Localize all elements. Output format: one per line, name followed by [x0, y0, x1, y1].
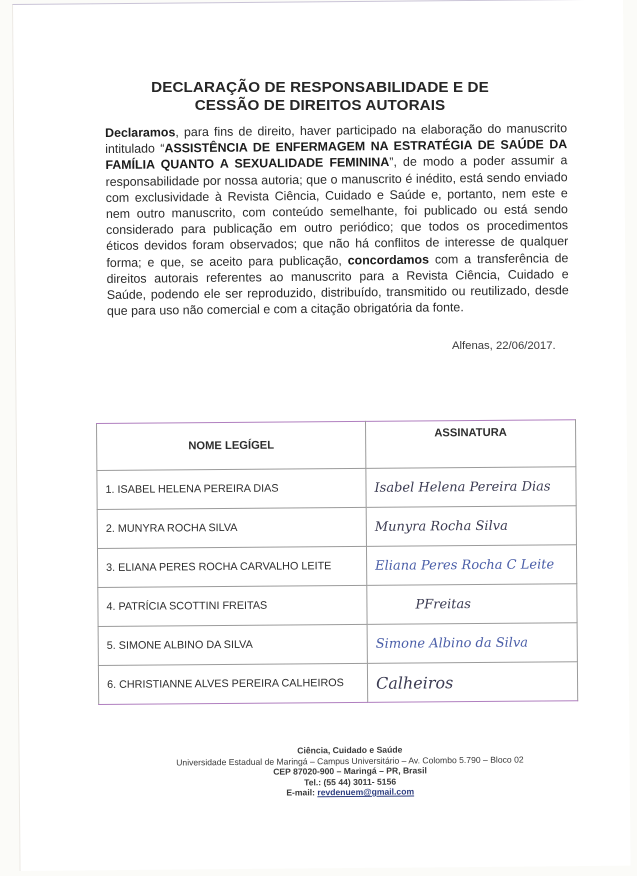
table-row: 3. ELIANA PERES ROCHA CARVALHO LEITEElia… [97, 545, 576, 588]
signer-name: 5. SIMONE ALBINO DA SILVA [98, 624, 367, 665]
table-row: 6. CHRISTIANNE ALVES PEREIRA CALHEIROSCa… [98, 662, 577, 705]
signature-cell: Calheiros [367, 662, 577, 703]
document-title: DECLARAÇÃO DE RESPONSABILIDADE E DE CESS… [120, 79, 520, 115]
declaration-agree: concordamos [348, 252, 429, 267]
table-row: 2. MUNYRA ROCHA SILVAMunyra Rocha Silva [97, 506, 576, 549]
signature-cell: Munyra Rocha Silva [366, 506, 576, 547]
table-row: 1. ISABEL HELENA PEREIRA DIASIsabel Hele… [97, 467, 576, 510]
signer-name: 6. CHRISTIANNE ALVES PEREIRA CALHEIROS [98, 663, 367, 704]
signature-cell: Eliana Peres Rocha C Leite [366, 545, 576, 586]
declaration-paragraph: Declaramos, para fins de direito, haver … [105, 120, 569, 319]
signer-name: 1. ISABEL HELENA PEREIRA DIAS [97, 468, 366, 509]
signer-name: 3. ELIANA PERES ROCHA CARVALHO LEITE [97, 546, 366, 587]
title-line-2: CESSÃO DE DIREITOS AUTORAIS [120, 97, 520, 115]
handwritten-signature: Eliana Peres Rocha C Leite [375, 557, 554, 573]
signer-name: 2. MUNYRA ROCHA SILVA [97, 507, 366, 548]
signature-cell: PFreitas [367, 584, 577, 625]
handwritten-signature: PFreitas [415, 597, 471, 612]
footer-email-label: E-mail: [286, 787, 317, 797]
handwritten-signature: Munyra Rocha Silva [375, 518, 508, 534]
place-date: Alfenas, 22/06/2017. [452, 340, 556, 352]
signature-table: NOME LEGÍGEL ASSINATURA 1. ISABEL HELENA… [96, 419, 578, 705]
declaration-lead: Declaramos [105, 125, 175, 140]
title-line-1: DECLARAÇÃO DE RESPONSABILIDADE E DE [120, 79, 520, 97]
header-signature: ASSINATURA [365, 420, 575, 469]
table-row: 4. PATRÍCIA SCOTTINI FREITASPFreitas [98, 584, 577, 627]
table-row: 5. SIMONE ALBINO DA SILVASimone Albino d… [98, 623, 577, 666]
signature-cell: Isabel Helena Pereira Dias [366, 467, 576, 508]
signer-name: 4. PATRÍCIA SCOTTINI FREITAS [98, 585, 367, 626]
footer: Ciência, Cuidado e Saúde Universidade Es… [150, 743, 550, 799]
handwritten-signature: Calheiros [376, 673, 453, 693]
table-header-row: NOME LEGÍGEL ASSINATURA [97, 420, 576, 471]
footer-email-link[interactable]: revdenuem@gmail.com [317, 786, 414, 797]
handwritten-signature: Isabel Helena Pereira Dias [374, 479, 550, 495]
signature-cell: Simone Albino da Silva [367, 623, 577, 664]
header-name: NOME LEGÍGEL [97, 421, 366, 470]
handwritten-signature: Simone Albino da Silva [376, 635, 528, 651]
